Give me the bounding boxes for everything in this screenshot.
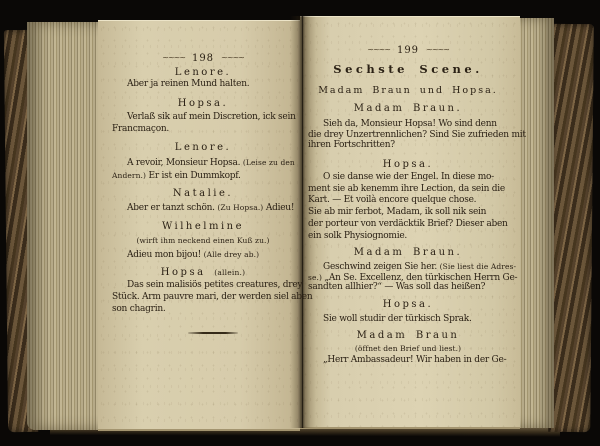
speaker-name: Wilhelmine [112, 221, 294, 232]
page-number: 199 [397, 45, 419, 56]
scene-heading: Sechste Scene. [308, 64, 508, 75]
dialogue-line: Stück. Arm pauvre mari, der werden siel … [112, 292, 294, 303]
left-page-text: ~~~~ 198 ~~~~ Lenore. Aber ja reinen Mun… [112, 20, 294, 420]
dialogue-line: Verlaß sik auf mein Discretion, ick sein [112, 112, 294, 123]
dialogue-line: ihren Fortschritten? [308, 140, 508, 151]
header-ornament: ~~~~ [367, 45, 390, 54]
left-page-edges [27, 22, 105, 430]
dialogue-line: ein solk Physiognomie. [308, 231, 508, 242]
dialogue-line: Adieu mon bijou! (Alle drey ab.) [112, 249, 294, 261]
speaker-name: Hopsa. [308, 159, 508, 170]
scene-end-rule [188, 332, 238, 334]
dialogue-line: „Herr Ambassadeur! Wir haben in der Ge- [308, 355, 508, 366]
stage-direction: (wirft ihm neckend einen Kuß zu.) [112, 235, 294, 246]
speaker-name: Hopsa. [112, 98, 294, 109]
dialogue-line: Aber ja reinen Mund halten. [112, 79, 294, 90]
dialogue-line: Kart. — Et voilà encore quelque chose. [308, 195, 508, 206]
dialogue-line: O sie danse wie der Engel. In diese mo- [308, 172, 508, 183]
speaker-name: Madam Braun [308, 330, 508, 341]
dialogue-line: A revoir, Monsieur Hopsa. (Leise zu den [112, 157, 294, 169]
right-cover-marbled-edge [548, 24, 594, 432]
speaker-name: Madam Braun. [308, 103, 508, 114]
dialogue-line: ment sie ab kenemm ihre Lection, da sein… [308, 184, 508, 195]
scene-subtitle: Madam Braun und Hopsa. [308, 85, 508, 96]
dialogue-line: Francmaçon. [112, 124, 294, 135]
speaker-name: Madam Braun. [308, 247, 508, 258]
speaker-name: Lenore. [112, 142, 294, 153]
header-ornament: ~~~~ [162, 53, 185, 62]
speaker-name: Lenore. [112, 67, 294, 78]
right-page-text: ~~~~ 199 ~~~~ Sechste Scene. Madam Braun… [308, 16, 508, 422]
speaker-name: Hopsa. [308, 299, 508, 310]
speaker-name: Hopsa (allein.) [112, 267, 294, 278]
dialogue-line: der porteur von verdäcktik Brief? Dieser… [308, 219, 508, 230]
dialogue-line: son chagrin. [112, 304, 294, 315]
header-ornament: ~~~~ [221, 53, 244, 62]
page-number: 198 [192, 53, 214, 64]
dialogue-line: Das sein malisiös petites creatures, dre… [112, 280, 294, 291]
photo-background: ~~~~ 198 ~~~~ Lenore. Aber ja reinen Mun… [0, 0, 600, 446]
header-ornament: ~~~~ [426, 45, 449, 54]
speaker-name: Natalie. [112, 188, 294, 199]
page-header: ~~~~ 198 ~~~~ [112, 53, 294, 64]
dialogue-line: sandten allhier?“ — Was soll das heißen? [308, 282, 508, 293]
dialogue-line: Andern.) Er ist ein Dummkopf. [112, 170, 294, 182]
dialogue-line: Sieh da, Monsieur Hopsa! Wo sind denn [308, 119, 508, 130]
stage-direction: (öffnet den Brief und liest.) [308, 343, 508, 354]
dialogue-line: Sie ab mir ferbot, Madam, ik soll nik se… [308, 207, 508, 218]
right-page-edges [516, 18, 554, 428]
dialogue-line: Aber er tanzt schön. (Zu Hopsa.) Adieu! [112, 202, 294, 214]
page-header: ~~~~ 199 ~~~~ [308, 45, 508, 56]
dialogue-line: Sie woll studir der türkisch Sprak. [308, 314, 508, 325]
